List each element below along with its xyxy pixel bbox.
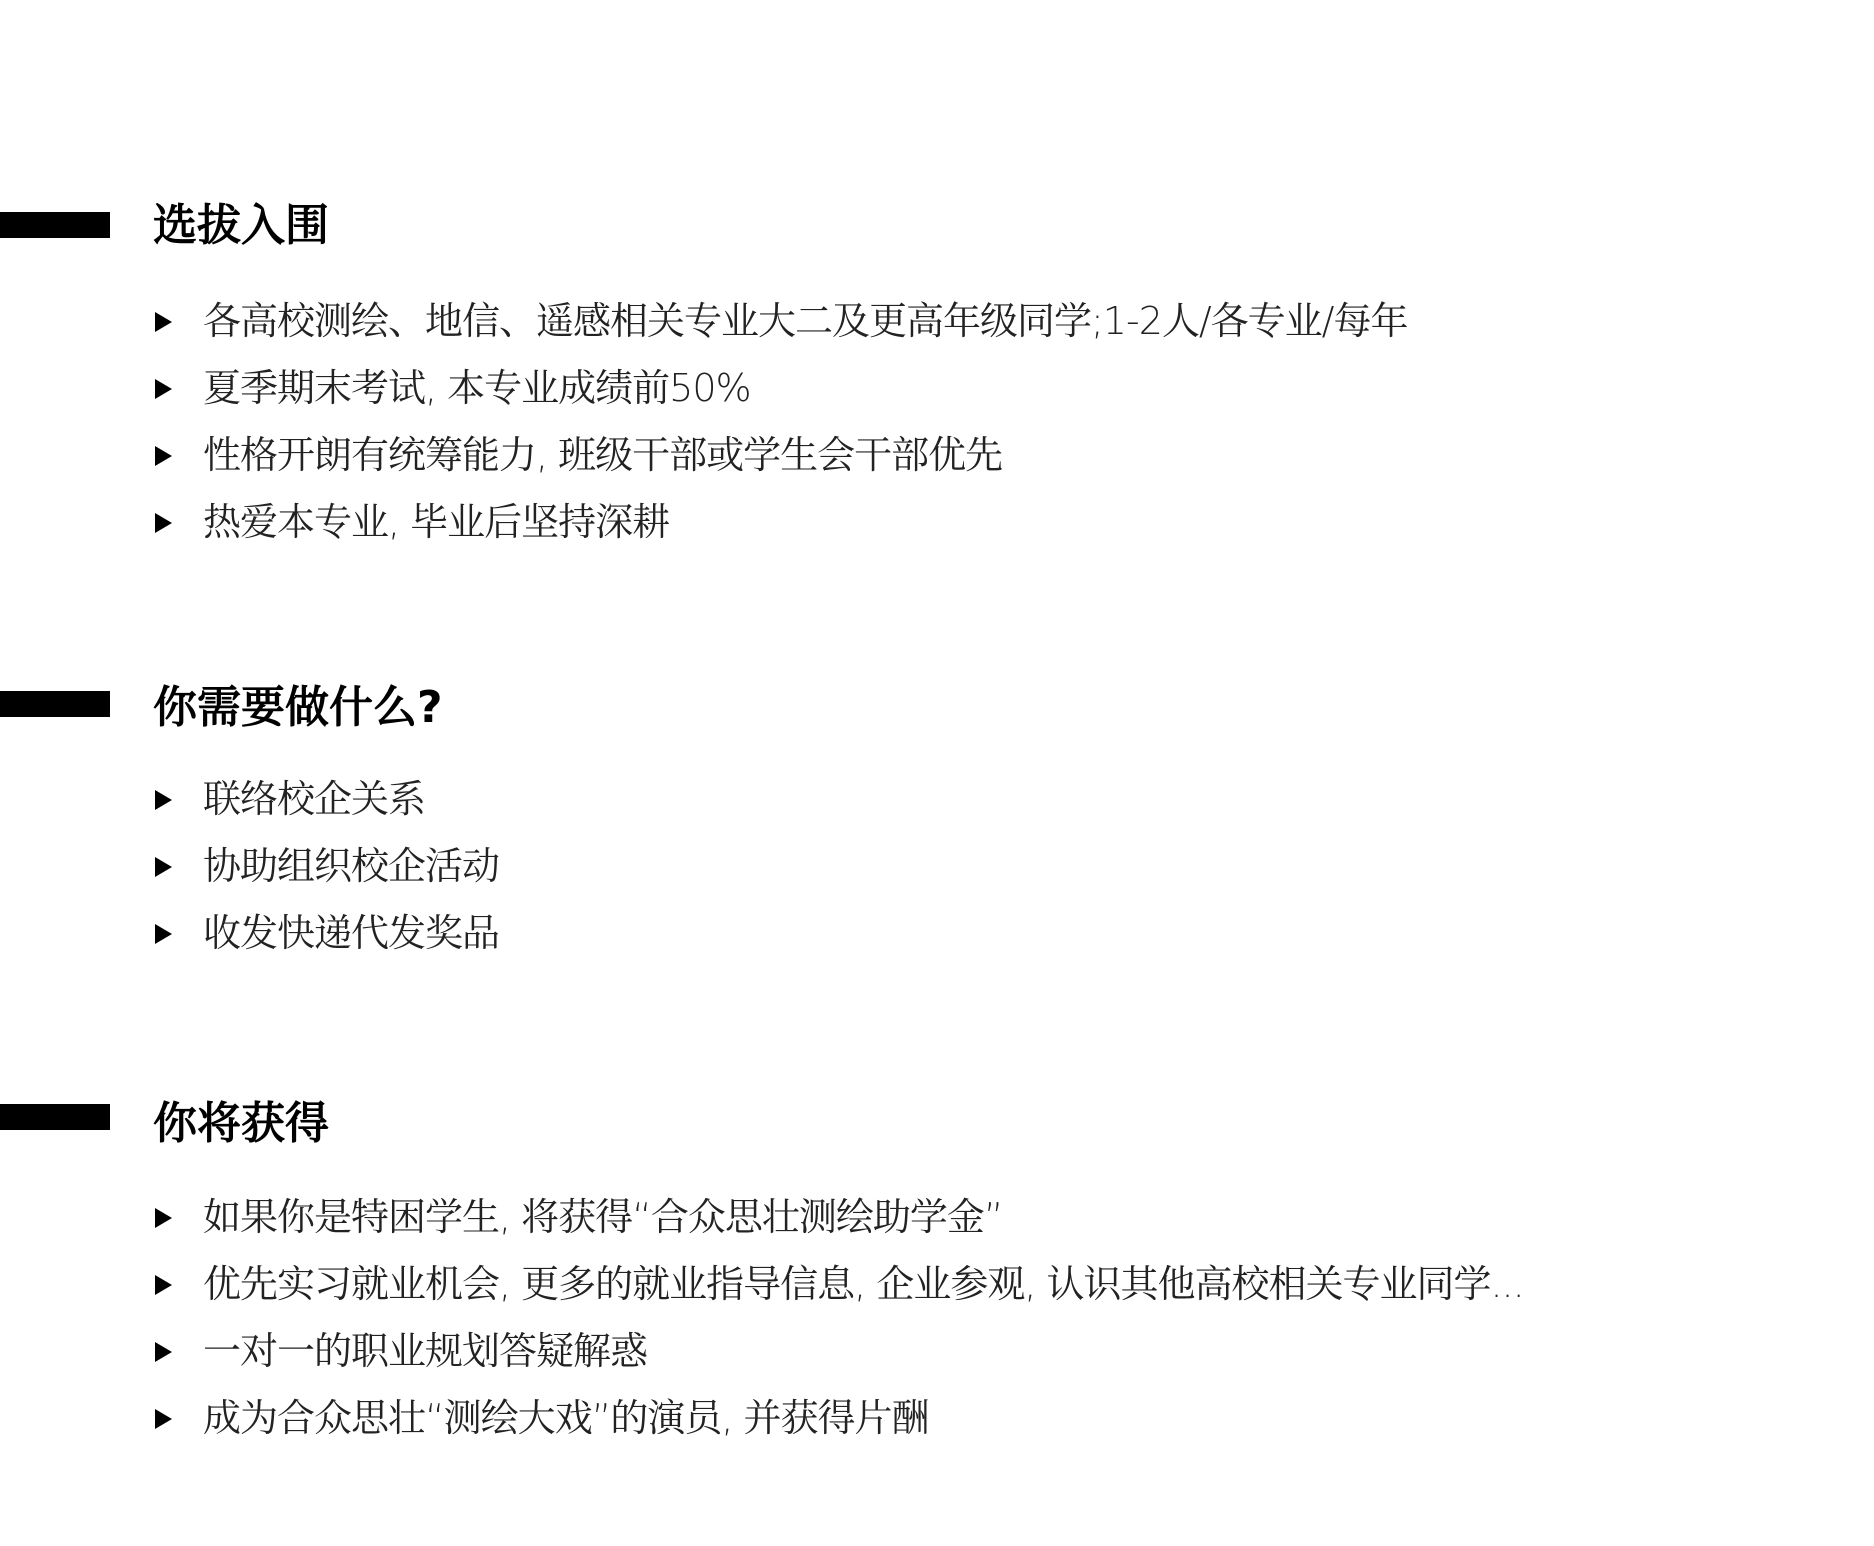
section-marker-bar [0,212,110,238]
triangle-right-icon [155,379,172,399]
triangle-right-icon [155,924,172,944]
triangle-right-icon [155,1275,172,1295]
section-heading: 选拔入围 [153,198,329,254]
triangle-right-icon [155,446,172,466]
triangle-right-icon [155,1208,172,1228]
triangle-right-icon [155,513,172,533]
section-heading: 你将获得 [153,1096,329,1152]
triangle-right-icon [155,312,172,332]
triangle-right-icon [155,790,172,810]
section-marker-bar [0,1104,110,1130]
triangle-right-icon [155,1409,172,1429]
section-heading: 你需要做什么? [153,680,443,736]
triangle-right-icon [155,1342,172,1362]
triangle-right-icon [155,857,172,877]
section-marker-bar [0,691,110,717]
